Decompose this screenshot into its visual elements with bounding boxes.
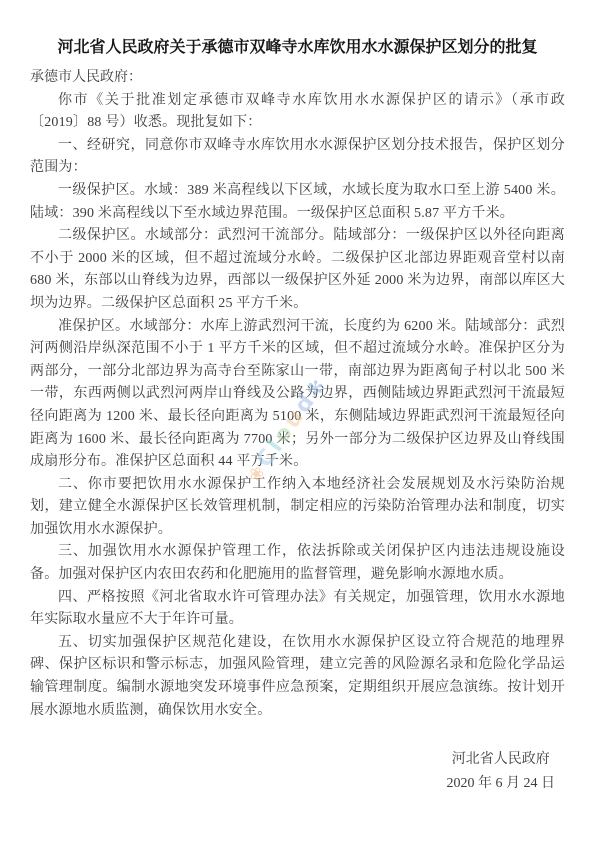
signature-block: 河北省人民政府 2020 年 6 月 24 日	[447, 748, 556, 796]
paragraph-item-3: 三、加强饮用水水源保护管理工作，依法拆除或关闭保护区内违法违规设施设备。加强对保…	[30, 541, 565, 586]
paragraph-item-2: 二、你市要把饮用水水源保护工作纳入本地经济社会发展规划及水污染防治规划，建立健全…	[30, 474, 565, 542]
document-title: 河北省人民政府关于承德市双峰寺水库饮用水水源保护区划分的批复	[30, 36, 565, 59]
document-page: 河北省人民政府关于承德市双峰寺水库饮用水水源保护区划分的批复 承德市人民政府： …	[0, 0, 595, 841]
paragraph-zone-quasi: 准保护区。水域部分：水库上游武烈河干流，长度约为 6200 米。陆域部分：武烈河…	[30, 316, 565, 474]
paragraph-item-4: 四、严格按照《河北省取水许可管理办法》有关规定，加强管理，饮用水水源地年实际取水…	[30, 587, 565, 632]
signature-org: 河北省人民政府	[447, 748, 556, 772]
signature-date: 2020 年 6 月 24 日	[447, 772, 556, 796]
paragraph-zone-level1: 一级保护区。水域：389 米高程线以下区域，水域长度为取水口至上游 5400 米…	[30, 180, 565, 225]
salutation: 承德市人民政府：	[30, 67, 565, 90]
paragraph-zone-level2: 二级保护区。水域部分：武烈河干流部分。陆域部分：一级保护区以外径向距离不小于 2…	[30, 225, 565, 315]
paragraph-intro: 你市《关于批准划定承德市双峰寺水库饮用水水源保护区的请示》（承市政〔2019〕8…	[30, 90, 565, 135]
paragraph-item-1: 一、经研究，同意你市双峰寺水库饮用水水源保护区划分技术报告，保护区划分范围为：	[30, 135, 565, 180]
paragraph-item-5: 五、切实加强保护区规范化建设，在饮用水水源保护区设立符合规范的地理界碑、保护区标…	[30, 632, 565, 722]
